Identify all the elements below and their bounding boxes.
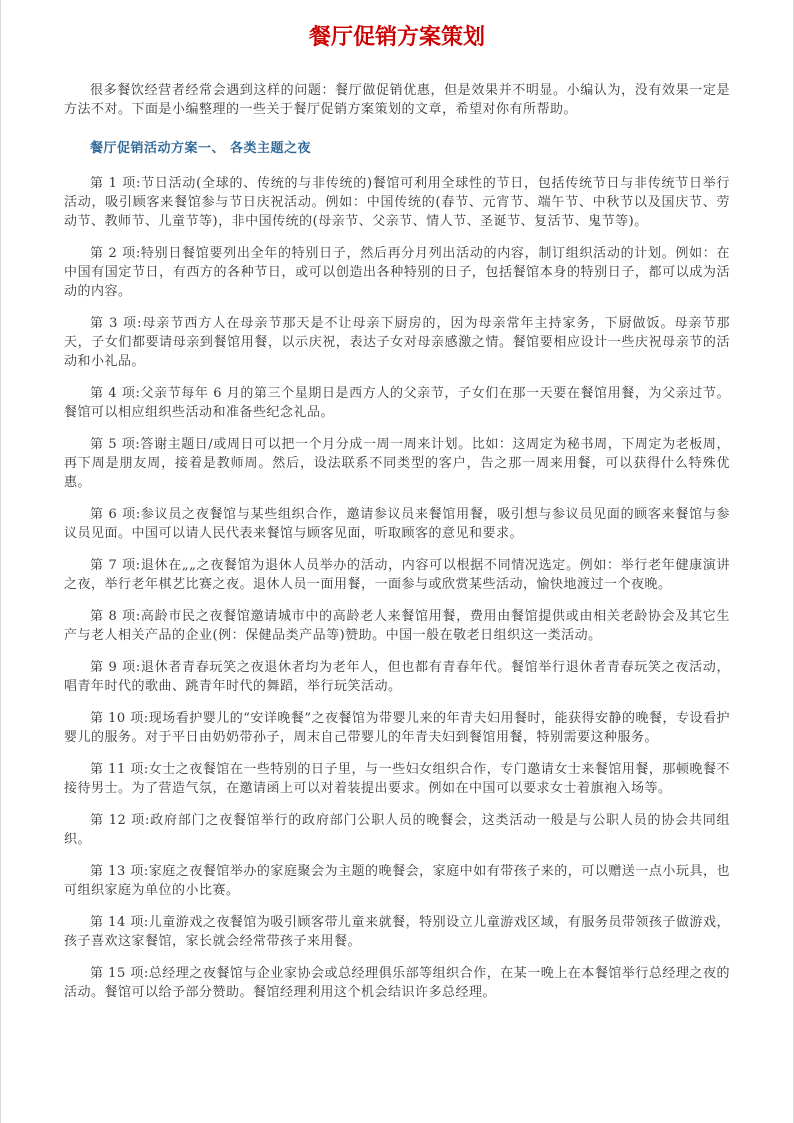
item-paragraph-11: 第 11 项:女士之夜餐馆在一些特别的日子里，与一些妇女组织合作，专门邀请女士来… <box>64 760 730 798</box>
item-paragraph-12: 第 12 项:政府部门之夜餐馆举行的政府部门公职人员的晚餐会，这类活动一般是与公… <box>64 811 730 849</box>
item-paragraph-3: 第 3 项:母亲节西方人在母亲节那天是不让母亲下厨房的，因为母亲常年主持家务，下… <box>64 314 730 371</box>
item-paragraph-1: 第 1 项:节日活动(全球的、传统的与非传统的)餐馆可利用全球性的节日，包括传统… <box>64 174 730 231</box>
section-heading: 餐厅促销活动方案一、 各类主题之夜 <box>64 139 730 158</box>
page-title: 餐厅促销方案策划 <box>64 24 730 53</box>
item-paragraph-8: 第 8 项:高龄市民之夜餐馆邀请城市中的高龄老人来餐馆用餐，费用由餐馆提供或由相… <box>64 607 730 645</box>
item-paragraph-7: 第 7 项:退休在„„之夜餐馆为退休人员举办的活动，内容可以根据不同情况选定。例… <box>64 556 730 594</box>
item-paragraph-4: 第 4 项:父亲节每年 6 月的第三个星期日是西方人的父亲节，子女们在那一天要在… <box>64 384 730 422</box>
item-paragraph-9: 第 9 项:退休者青春玩笑之夜退休者均为老年人，但也都有青春年代。餐馆举行退休者… <box>64 658 730 696</box>
item-paragraph-6: 第 6 项:参议员之夜餐馆与某些组织合作，邀请参议员来餐馆用餐，吸引想与参议员见… <box>64 505 730 543</box>
item-paragraph-15: 第 15 项:总经理之夜餐馆与企业家协会或总经理俱乐部等组织合作，在某一晚上在本… <box>64 964 730 1002</box>
item-paragraph-10: 第 10 项:现场看护婴儿的“安详晚餐”之夜餐馆为带婴儿来的年青夫妇用餐时，能获… <box>64 709 730 747</box>
item-paragraph-2: 第 2 项:特别日餐馆要列出全年的特别日子，然后再分月列出活动的内容，制订组织活… <box>64 244 730 301</box>
item-paragraph-13: 第 13 项:家庭之夜餐馆举办的家庭聚会为主题的晚餐会，家庭中如有带孩子来的，可… <box>64 862 730 900</box>
intro-paragraph: 很多餐饮经营者经常会遇到这样的问题：餐厅做促销优惠，但是效果并不明显。小编认为，… <box>64 81 730 119</box>
document-page: 餐厅促销方案策划 很多餐饮经营者经常会遇到这样的问题：餐厅做促销优惠，但是效果并… <box>0 0 794 1123</box>
item-paragraph-5: 第 5 项:答谢主题日/或周日可以把一个月分成一周一周来计划。比如：这周定为秘书… <box>64 435 730 492</box>
item-paragraph-14: 第 14 项:儿童游戏之夜餐馆为吸引顾客带儿童来就餐，特别设立儿童游戏区域，有服… <box>64 913 730 951</box>
